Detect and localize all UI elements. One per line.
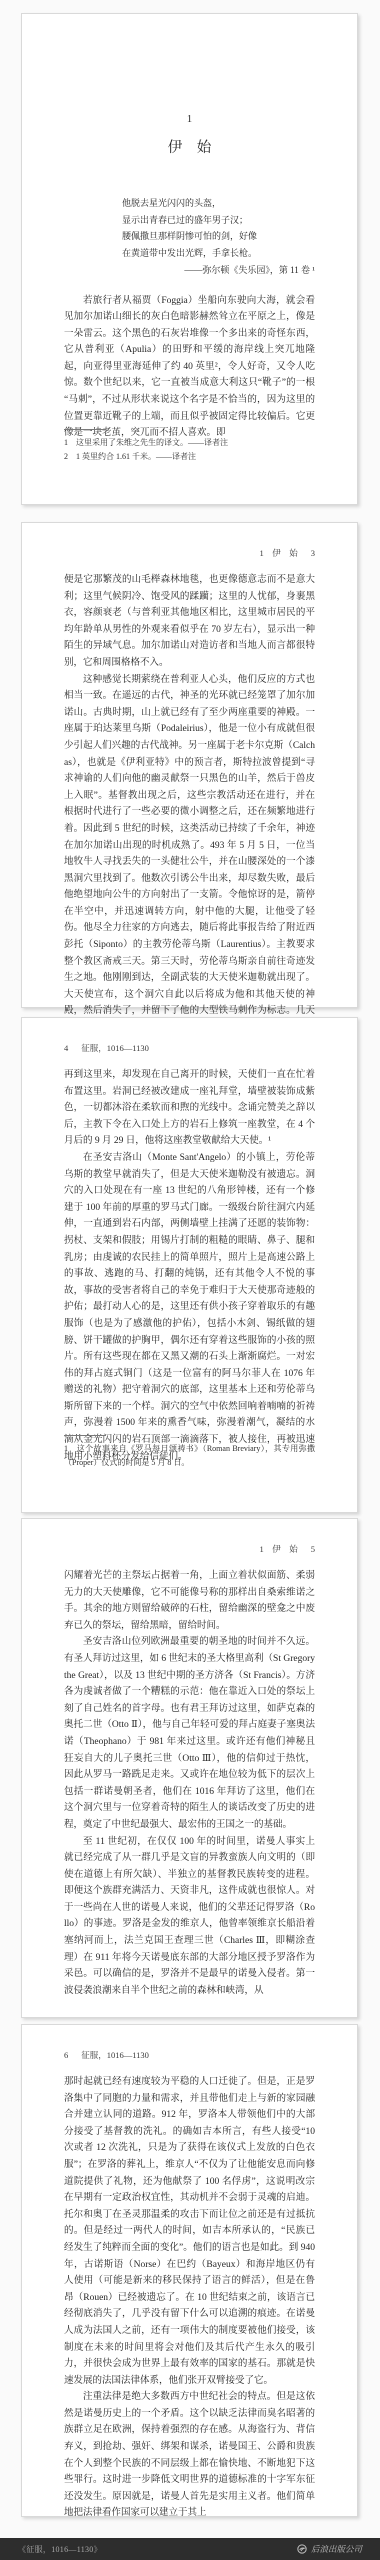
footnote-divider <box>64 1435 106 1436</box>
book-page-5: 1 伊 始 5 闪耀着光芒的主祭坛占据着一角，上面立着状似面筋、柔弱无力的大天使… <box>21 1518 358 2018</box>
ebook-reader-view[interactable]: 1 伊 始 他脱去星光闪闪的头盔， 显示出青春已过的盛年男子汉； 腰佩撒旦那样阴… <box>0 0 380 2560</box>
footnote: 1 这个故事来自《罗马每日颂祷书》（Roman Breviary），其专用弥撒（… <box>64 1442 315 1470</box>
book-page-3: 1 伊 始 3 便是它那繁茂的山毛榉森林地毯，也更像德意志而不是意大利；这里气候… <box>21 522 358 1008</box>
paragraph: 在圣安吉洛山（Monte Sant'Angelo）的小镇上，劳伦蒂乌斯的教堂早就… <box>64 1150 315 1465</box>
chapter-number: 1 <box>64 114 315 125</box>
paragraph: 若旅行者从福贾（Foggia）坐船向东驶向大海，就会看见加尔加诺山细长的灰白色暗… <box>64 293 315 442</box>
bottom-bar-book-title: 《征服，1016—1130》 <box>18 2544 102 2555</box>
paragraph: 闪耀着光芒的主祭坛占据着一角，上面立着状似面筋、柔弱无力的大天使雕像，它不可能像… <box>64 1568 315 1634</box>
running-header-chapter: 1 伊 始 <box>259 547 297 559</box>
paragraph: 圣安吉洛山位列欧洲最重要的朝圣地的时间并不久远。有圣人拜访过这里，如 6 世纪末… <box>64 1634 315 1833</box>
page-number: 6 <box>64 2050 68 2060</box>
running-header-title: 征服，1016—1130 <box>81 2049 149 2061</box>
running-header: 1 伊 始 5 <box>64 1519 315 1555</box>
paragraph: 至 11 世纪初，在仅仅 100 年的时间里，诺曼人事实上就已经完成了从一群几乎… <box>64 1834 315 2000</box>
book-page-4: 4 征服，1016—1130 再到这里来，却发现在自己离开的时候，天使们一直在忙… <box>21 1017 358 1513</box>
footnote: 1 这里采用了朱维之先生的译文。——译者注 <box>64 436 315 450</box>
reader-bottom-bar: 《征服，1016—1130》 后浪出版公司 <box>0 2538 380 2560</box>
epigraph-line: 在黄道带中发出光辉，手拿长枪。 <box>122 245 315 262</box>
publisher-credit: 后浪出版公司 <box>297 2543 362 2555</box>
epigraph-line: 腰佩撒旦那样阴惨可怕的剑，好像 <box>122 228 315 245</box>
paragraph: 注重法律是绝大多数西方中世纪社会的特点。但是这依然是诺曼历史上的一个矛盾。这个以… <box>64 2389 315 2522</box>
running-header-chapter: 1 伊 始 <box>259 1543 297 1555</box>
footnote-divider <box>64 429 106 430</box>
running-header: 1 伊 始 3 <box>64 523 315 559</box>
running-header: 6 征服，1016—1130 <box>64 2025 315 2061</box>
book-page-chapter-opening: 1 伊 始 他脱去星光闪闪的头盔， 显示出青春已过的盛年男子汉； 腰佩撒旦那样阴… <box>21 13 358 505</box>
running-header: 4 征服，1016—1130 <box>64 1018 315 1054</box>
epigraph: 他脱去星光闪闪的头盔， 显示出青春已过的盛年男子汉； 腰佩撒旦那样阴惨可怕的剑，… <box>122 195 315 261</box>
epigraph-line: 他脱去星光闪闪的头盔， <box>122 195 315 212</box>
page-number: 5 <box>311 1544 315 1554</box>
publisher-name: 后浪出版公司 <box>311 2543 362 2555</box>
book-page-6: 6 征服，1016—1130 那时起就已经有速度较为平稳的人口迁徙了。但是，正是… <box>21 2024 358 2517</box>
footnotes-block: 1 这里采用了朱维之先生的译文。——译者注 2 1 英里约合 1.61 千米。—… <box>64 429 315 464</box>
footnotes-block: 1 这个故事来自《罗马每日颂祷书》（Roman Breviary），其专用弥撒（… <box>64 1435 315 1470</box>
paragraph: 再到这里来，却发现在自己离开的时候，天使们一直在忙着布置这里。岩洞已经被改建成一… <box>64 1067 315 1150</box>
paragraph: 这种感觉长期萦绕在普利亚人心头，他们反应的方式也相当一致。在遥远的古代，神圣的光… <box>64 672 315 1037</box>
publisher-logo-icon <box>297 2544 307 2554</box>
paragraph: 那时起就已经有速度较为平稳的人口迁徙了。但是，正是罗洛集中了同胞的力量和需求，并… <box>64 2074 315 2389</box>
chapter-title: 伊 始 <box>64 136 315 157</box>
paragraph: 便是它那繁茂的山毛榉森林地毯，也更像德意志而不是意大利；这里气候阴冷、饱受风的蹂… <box>64 572 315 672</box>
running-header-title: 征服，1016—1130 <box>81 1042 149 1054</box>
epigraph-attribution: ——弥尔顿《失乐园》，第 11 卷 ¹ <box>64 262 315 279</box>
epigraph-line: 显示出青春已过的盛年男子汉； <box>122 212 315 229</box>
page-number: 3 <box>311 548 315 558</box>
footnote: 2 1 英里约合 1.61 千米。——译者注 <box>64 450 315 464</box>
page-number: 4 <box>64 1043 68 1053</box>
